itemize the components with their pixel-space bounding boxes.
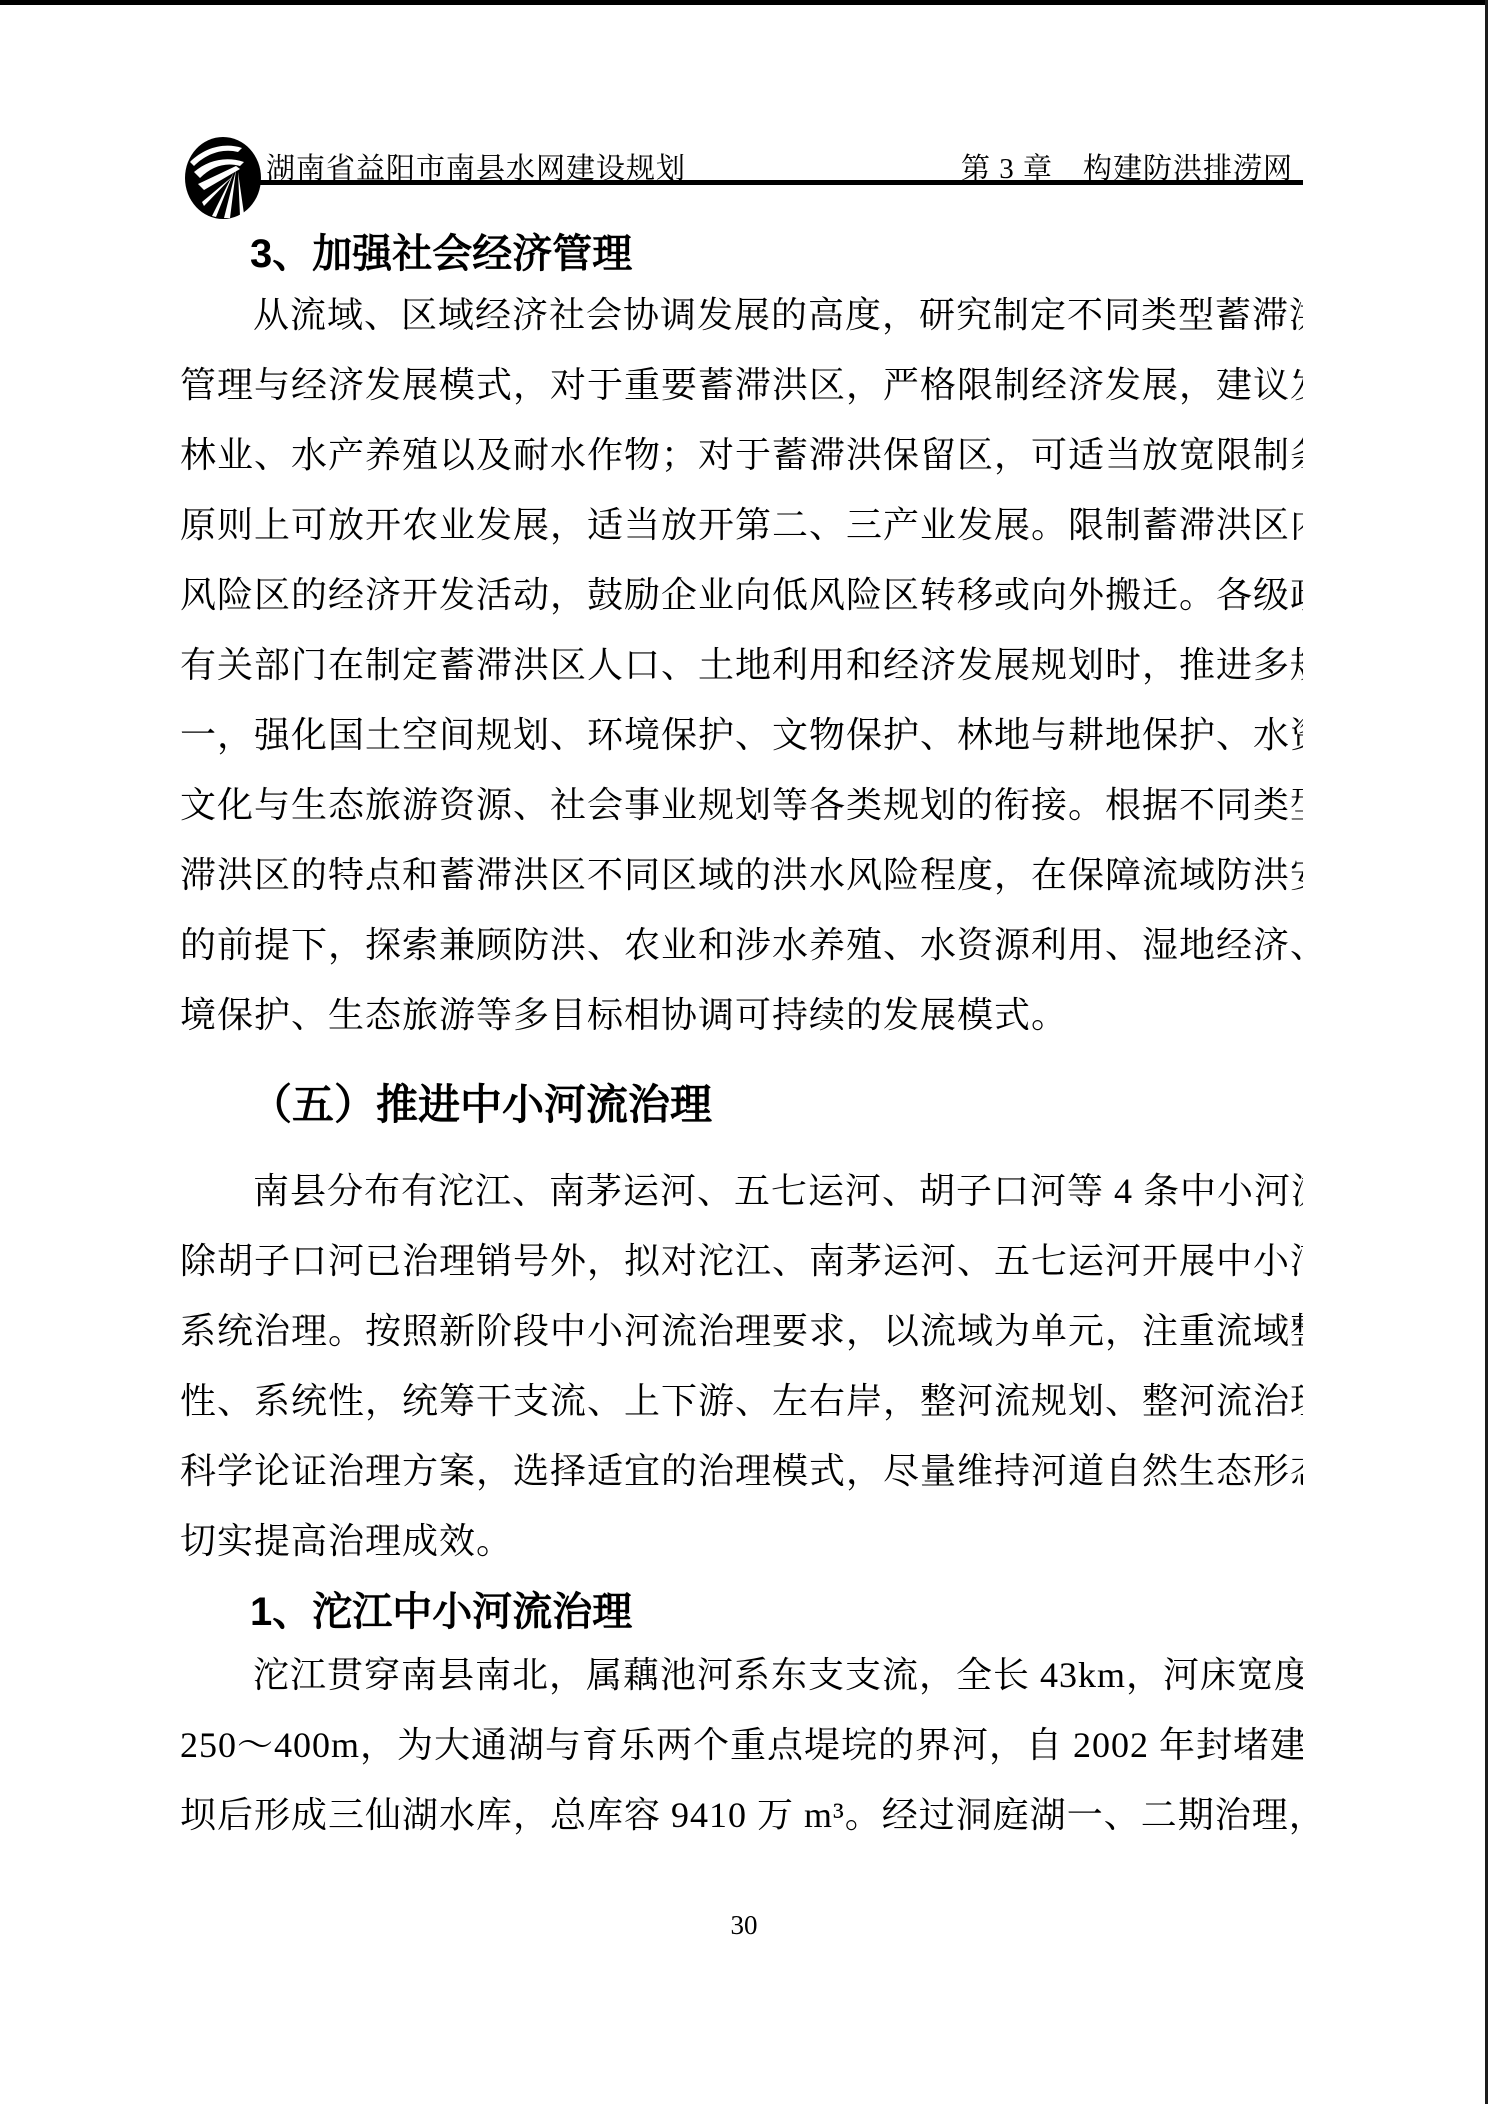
text-line: 有关部门在制定蓄滞洪区人口、土地利用和经济发展规划时，推进多规合 <box>180 630 1303 700</box>
paragraph-tuojiang: 沱江贯穿南县南北，属藕池河系东支支流，全长 43km，河床宽度为 250～400… <box>180 1640 1303 1850</box>
header-doc-title: 湖南省益阳市南县水网建设规划 <box>266 146 686 187</box>
text-line: 管理与经济发展模式，对于重要蓄滞洪区，严格限制经济发展，建议发展 <box>180 350 1303 420</box>
road-emblem-icon <box>184 136 262 220</box>
text-line: 林业、水产养殖以及耐水作物；对于蓄滞洪保留区，可适当放宽限制条件， <box>180 420 1303 490</box>
heading-tuojiang: 1、沱江中小河流治理 <box>250 1580 632 1637</box>
text-line: 沱江贯穿南县南北，属藕池河系东支支流，全长 43km，河床宽度为 <box>180 1640 1303 1710</box>
text-line: 除胡子口河已治理销号外，拟对沱江、南茅运河、五七运河开展中小河流 <box>180 1226 1303 1296</box>
heading-small-rivers: （五）推进中小河流治理 <box>250 1072 712 1132</box>
document-page: 湖南省益阳市南县水网建设规划 第 3 章 构建防洪排涝网 3、加强社会经济管理 … <box>0 0 1488 2104</box>
text-line: 境保护、生态旅游等多目标相协调可持续的发展模式。 <box>180 980 1303 1050</box>
heading-social-economy: 3、加强社会经济管理 <box>250 222 632 279</box>
text-line: 滞洪区的特点和蓄滞洪区不同区域的洪水风险程度，在保障流域防洪安全 <box>180 840 1303 910</box>
scan-edge-top <box>0 0 1488 5</box>
text-line: 性、系统性，统筹干支流、上下游、左右岸，整河流规划、整河流治理， <box>180 1366 1303 1436</box>
text-line: 系统治理。按照新阶段中小河流治理要求，以流域为单元，注重流域整体 <box>180 1296 1303 1366</box>
text-line: 坝后形成三仙湖水库，总库容 9410 万 m³。经过洞庭湖一、二期治理，沱江 <box>180 1780 1303 1850</box>
text-line: 科学论证治理方案，选择适宜的治理模式，尽量维持河道自然生态形态， <box>180 1436 1303 1506</box>
text-line: 一，强化国土空间规划、环境保护、文物保护、林地与耕地保护、水资源、 <box>180 700 1303 770</box>
page-number: 30 <box>0 1910 1488 1941</box>
text-line: 南县分布有沱江、南茅运河、五七运河、胡子口河等 4 条中小河流， <box>180 1156 1303 1226</box>
text-line: 的前提下，探索兼顾防洪、农业和涉水养殖、水资源利用、湿地经济、环 <box>180 910 1303 980</box>
paragraph-small-rivers: 南县分布有沱江、南茅运河、五七运河、胡子口河等 4 条中小河流， 除胡子口河已治… <box>180 1156 1303 1576</box>
text-line: 从流域、区域经济社会协调发展的高度，研究制定不同类型蓄滞洪区 <box>180 280 1303 350</box>
text-line: 原则上可放开农业发展，适当放开第二、三产业发展。限制蓄滞洪区内高 <box>180 490 1303 560</box>
text-line: 切实提高治理成效。 <box>180 1506 1303 1576</box>
text-line: 风险区的经济开发活动，鼓励企业向低风险区转移或向外搬迁。各级政府 <box>180 560 1303 630</box>
text-line: 250～400m，为大通湖与育乐两个重点堤垸的界河，自 2002 年封堵建上下 <box>180 1710 1303 1780</box>
header-chapter-title: 第 3 章 构建防洪排涝网 <box>961 146 1293 187</box>
text-line: 文化与生态旅游资源、社会事业规划等各类规划的衔接。根据不同类型蓄 <box>180 770 1303 840</box>
paragraph-social-economy: 从流域、区域经济社会协调发展的高度，研究制定不同类型蓄滞洪区 管理与经济发展模式… <box>180 280 1303 1050</box>
